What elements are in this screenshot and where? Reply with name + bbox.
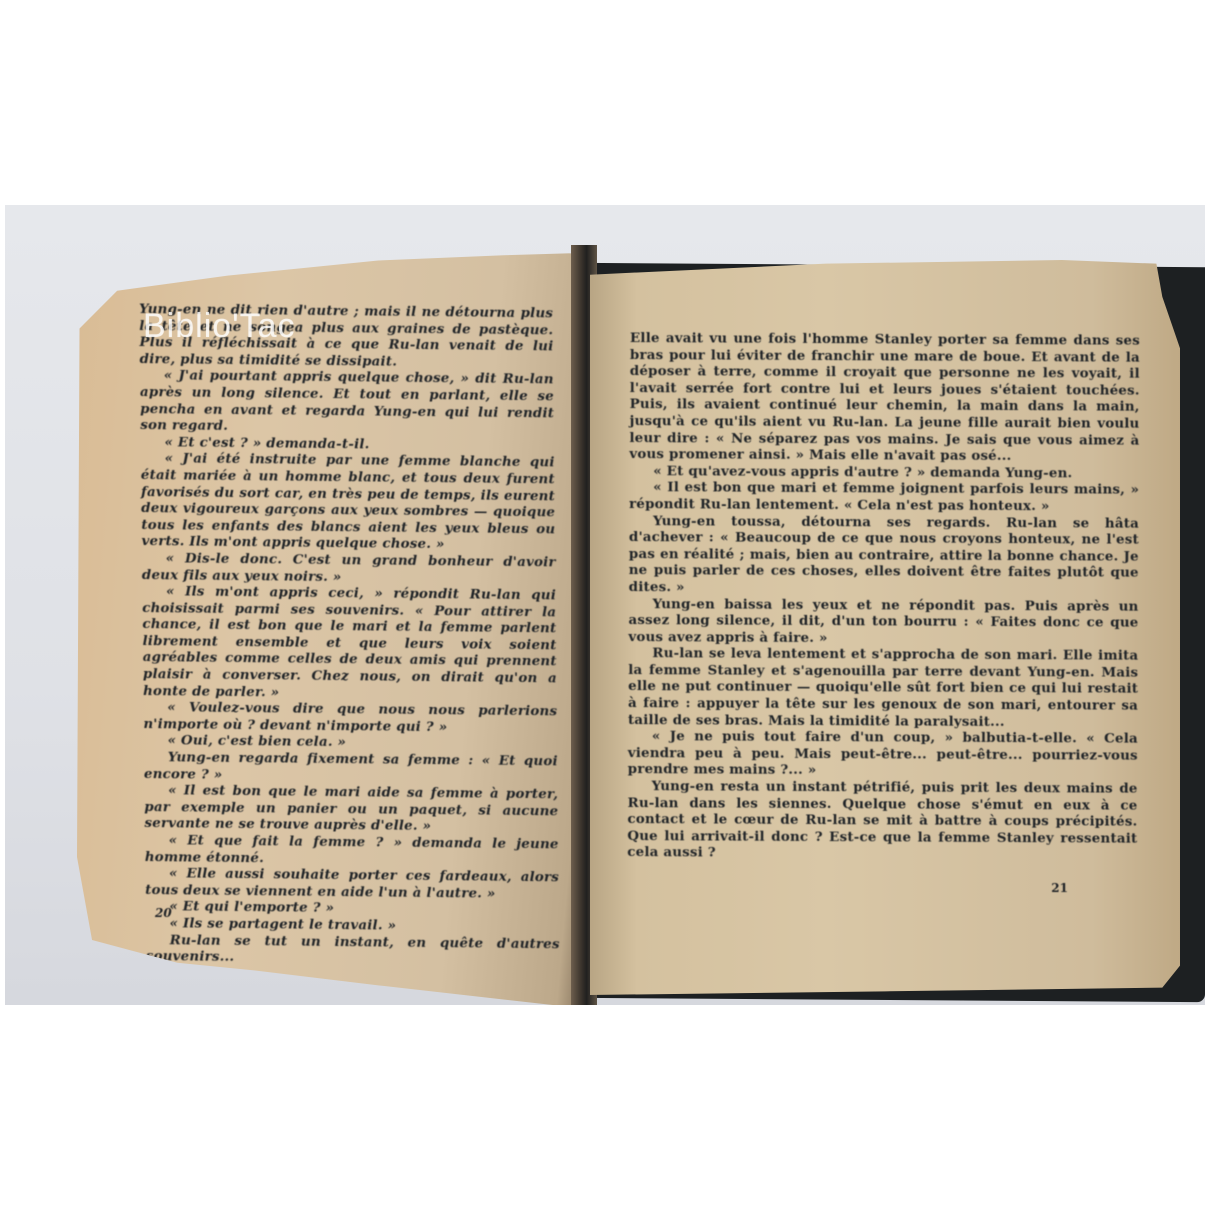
paragraph: « Et que fait la femme ? » demanda le je…	[145, 832, 559, 870]
left-page: Yung-en ne dit rien d'autre ; mais il ne…	[77, 253, 579, 1005]
paragraph: « Je ne puis tout faire d'un coup, » bal…	[628, 728, 1138, 780]
book-photo: Yung-en ne dit rien d'autre ; mais il ne…	[5, 205, 1205, 1005]
paragraph: Ru-lan se leva lentement et s'approcha d…	[628, 645, 1138, 731]
paragraph: « Dis-le donc. C'est un grand bonheur d'…	[142, 550, 556, 588]
watermark-logo: Biblio'Tac	[143, 307, 296, 346]
paragraph: Yung-en regarda fixement sa femme : « Et…	[144, 749, 558, 787]
paragraph: Yung-en toussa, détourna ses regards. Ru…	[629, 513, 1139, 599]
right-page-text: Elle avait vu une fois l'homme Stanley p…	[627, 330, 1140, 864]
paragraph: « Elle aussi souhaite porter ces fardeau…	[145, 865, 559, 903]
paragraph: « J'ai pourtant appris quelque chose, » …	[140, 367, 555, 438]
paragraph: Elle avait vu une fois l'homme Stanley p…	[629, 330, 1140, 465]
left-page-text: Yung-en ne dit rien d'autre ; mais il ne…	[139, 301, 560, 969]
right-page: Elle avait vu une fois l'homme Stanley p…	[590, 260, 1180, 995]
paragraph: Ru-lan se tut un instant, en quête d'aut…	[146, 932, 560, 970]
paragraph: « Voulez-vous dire que nous nous parleri…	[143, 699, 557, 737]
paragraph: « Ils m'ont appris ceci, » répondit Ru-l…	[142, 583, 557, 704]
right-page-number: 21	[1051, 881, 1068, 895]
paragraph: Yung-en baissa les yeux et ne répondit p…	[628, 595, 1138, 647]
paragraph: « J'ai été instruite par une femme blanc…	[141, 450, 556, 554]
paragraph: « Il est bon que le mari aide sa femme à…	[144, 782, 558, 836]
paragraph: « Il est bon que mari et femme joignent …	[629, 479, 1139, 515]
left-page-number: 20	[155, 906, 172, 920]
paragraph: Yung-en resta un instant pétrifié, puis …	[627, 778, 1137, 864]
